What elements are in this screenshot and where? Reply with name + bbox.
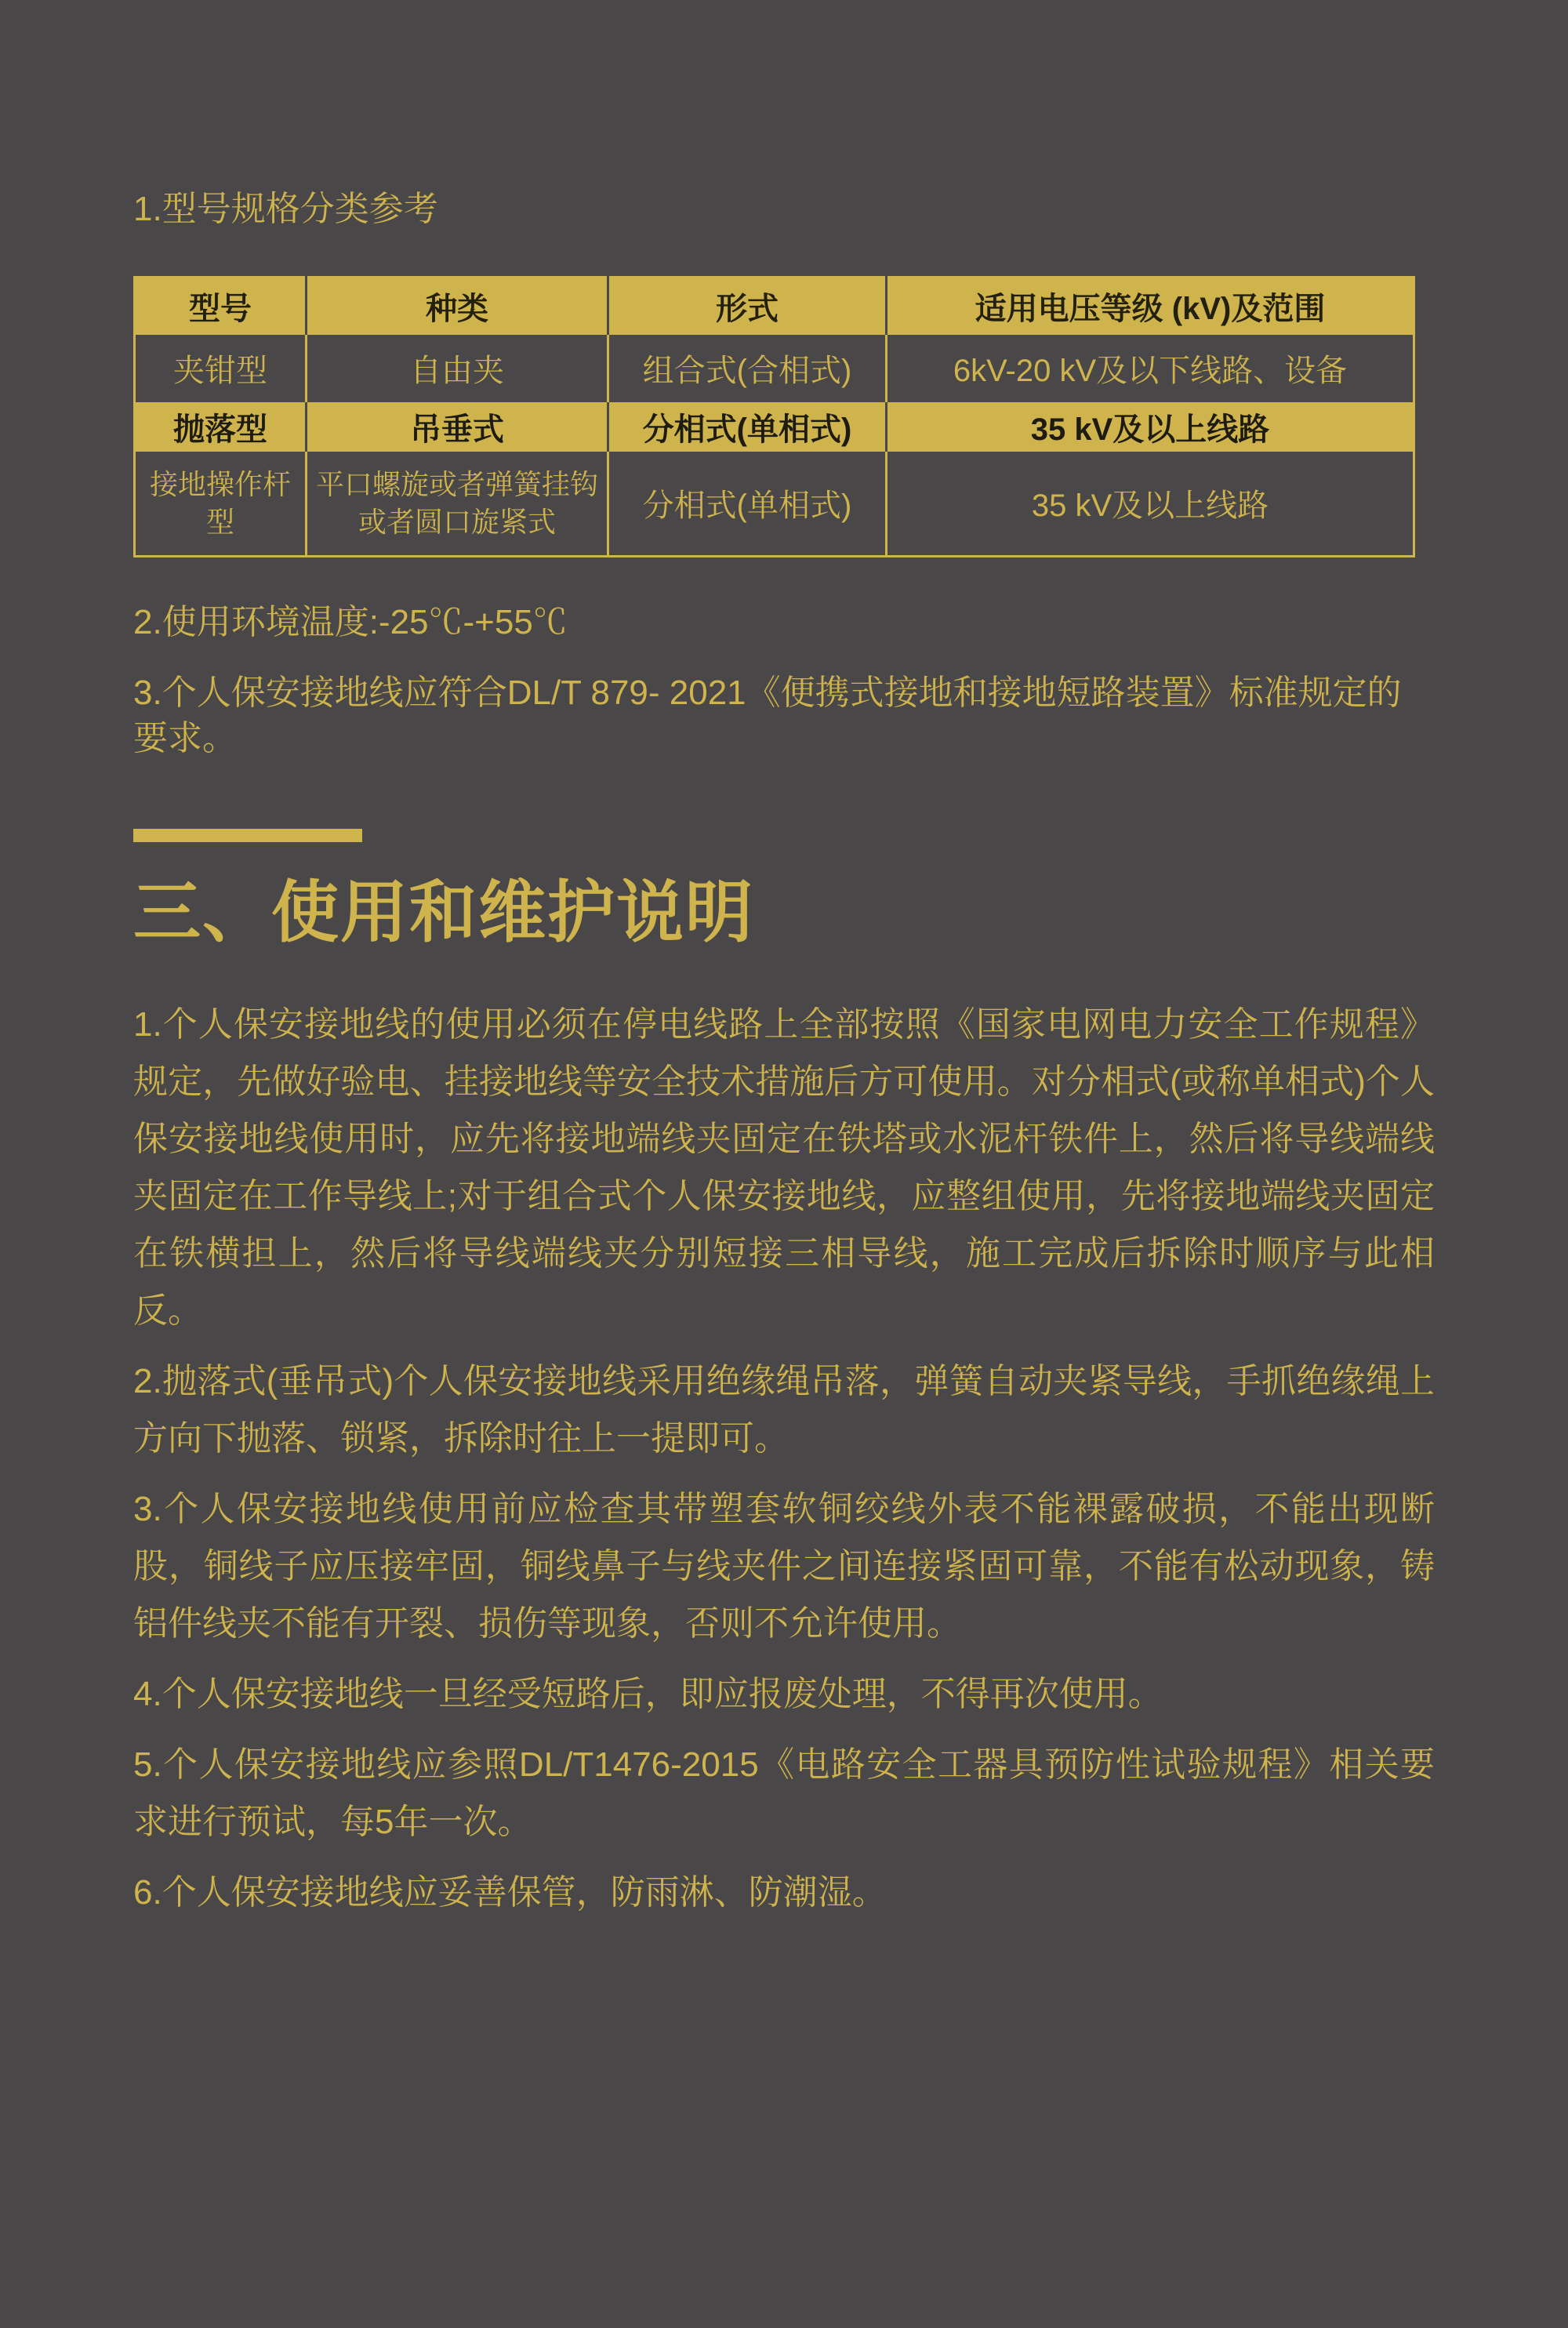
spec-table: 型号种类形式适用电压等级 (kV)及范围 夹钳型自由夹组合式(合相式)6kV-2… xyxy=(133,276,1415,557)
usage-section-heading: 三、使用和维护说明 xyxy=(133,875,1435,950)
column-header: 适用电压等级 (kV)及范围 xyxy=(887,278,1414,335)
column-header: 型号 xyxy=(135,278,307,335)
table-cell: 平口螺旋或者弹簧挂钩或者圆口旋紧式 xyxy=(307,452,608,557)
table-cell: 35 kV及以上线路 xyxy=(887,402,1414,452)
usage-paragraph: 5.个人保安接地线应参照DL/T1476-2015《电路安全工器具预防性试验规程… xyxy=(133,1736,1435,1850)
table-row: 接地操作杆型平口螺旋或者弹簧挂钩或者圆口旋紧式分相式(单相式)35 kV及以上线… xyxy=(135,452,1414,557)
column-header: 形式 xyxy=(608,278,887,335)
usage-paragraph: 6.个人保安接地线应妥善保管，防雨淋、防潮湿。 xyxy=(133,1864,1435,1921)
usage-paragraph: 1.个人保安接地线的使用必须在停电线路上全部按照《国家电网电力安全工作规程》规定… xyxy=(133,996,1435,1339)
table-cell: 自由夹 xyxy=(307,335,608,402)
spec-table-body: 夹钳型自由夹组合式(合相式)6kV-20 kV及以下线路、设备抛落型吊垂式分相式… xyxy=(135,335,1414,557)
usage-paragraphs: 1.个人保安接地线的使用必须在停电线路上全部按照《国家电网电力安全工作规程》规定… xyxy=(133,996,1435,1921)
usage-paragraph: 2.抛落式(垂吊式)个人保安接地线采用绝缘绳吊落，弹簧自动夹紧导线，手抓绝缘绳上… xyxy=(133,1353,1435,1467)
spec-table-header-row: 型号种类形式适用电压等级 (kV)及范围 xyxy=(135,278,1414,335)
usage-paragraph: 3.个人保安接地线使用前应检查其带塑套软铜绞线外表不能裸露破损，不能出现断股，铜… xyxy=(133,1480,1435,1652)
table-row: 夹钳型自由夹组合式(合相式)6kV-20 kV及以下线路、设备 xyxy=(135,335,1414,402)
table-cell: 接地操作杆型 xyxy=(135,452,307,557)
manual-page: 1.型号规格分类参考 型号种类形式适用电压等级 (kV)及范围 夹钳型自由夹组合… xyxy=(0,187,1568,1921)
table-cell: 分相式(单相式) xyxy=(608,402,887,452)
table-row: 抛落型吊垂式分相式(单相式)35 kV及以上线路 xyxy=(135,402,1414,452)
spec-table-head: 型号种类形式适用电压等级 (kV)及范围 xyxy=(135,278,1414,335)
usage-paragraph: 4.个人保安接地线一旦经受短路后，即应报废处理，不得再次使用。 xyxy=(133,1665,1435,1723)
table-cell: 6kV-20 kV及以下线路、设备 xyxy=(887,335,1414,402)
table-cell: 抛落型 xyxy=(135,402,307,452)
table-cell: 组合式(合相式) xyxy=(608,335,887,402)
table-cell: 夹钳型 xyxy=(135,335,307,402)
table-cell: 吊垂式 xyxy=(307,402,608,452)
section-divider-bar xyxy=(133,829,362,842)
table-cell: 分相式(单相式) xyxy=(608,452,887,557)
table-cell: 35 kV及以上线路 xyxy=(887,452,1414,557)
column-header: 种类 xyxy=(307,278,608,335)
note-temperature: 2.使用环境温度:-25℃-+55℃ xyxy=(133,600,1435,645)
note-standard: 3.个人保安接地线应符合DL/T 879- 2021《便携式接地和接地短路装置》… xyxy=(133,670,1435,761)
spec-section-heading: 1.型号规格分类参考 xyxy=(133,187,1435,232)
